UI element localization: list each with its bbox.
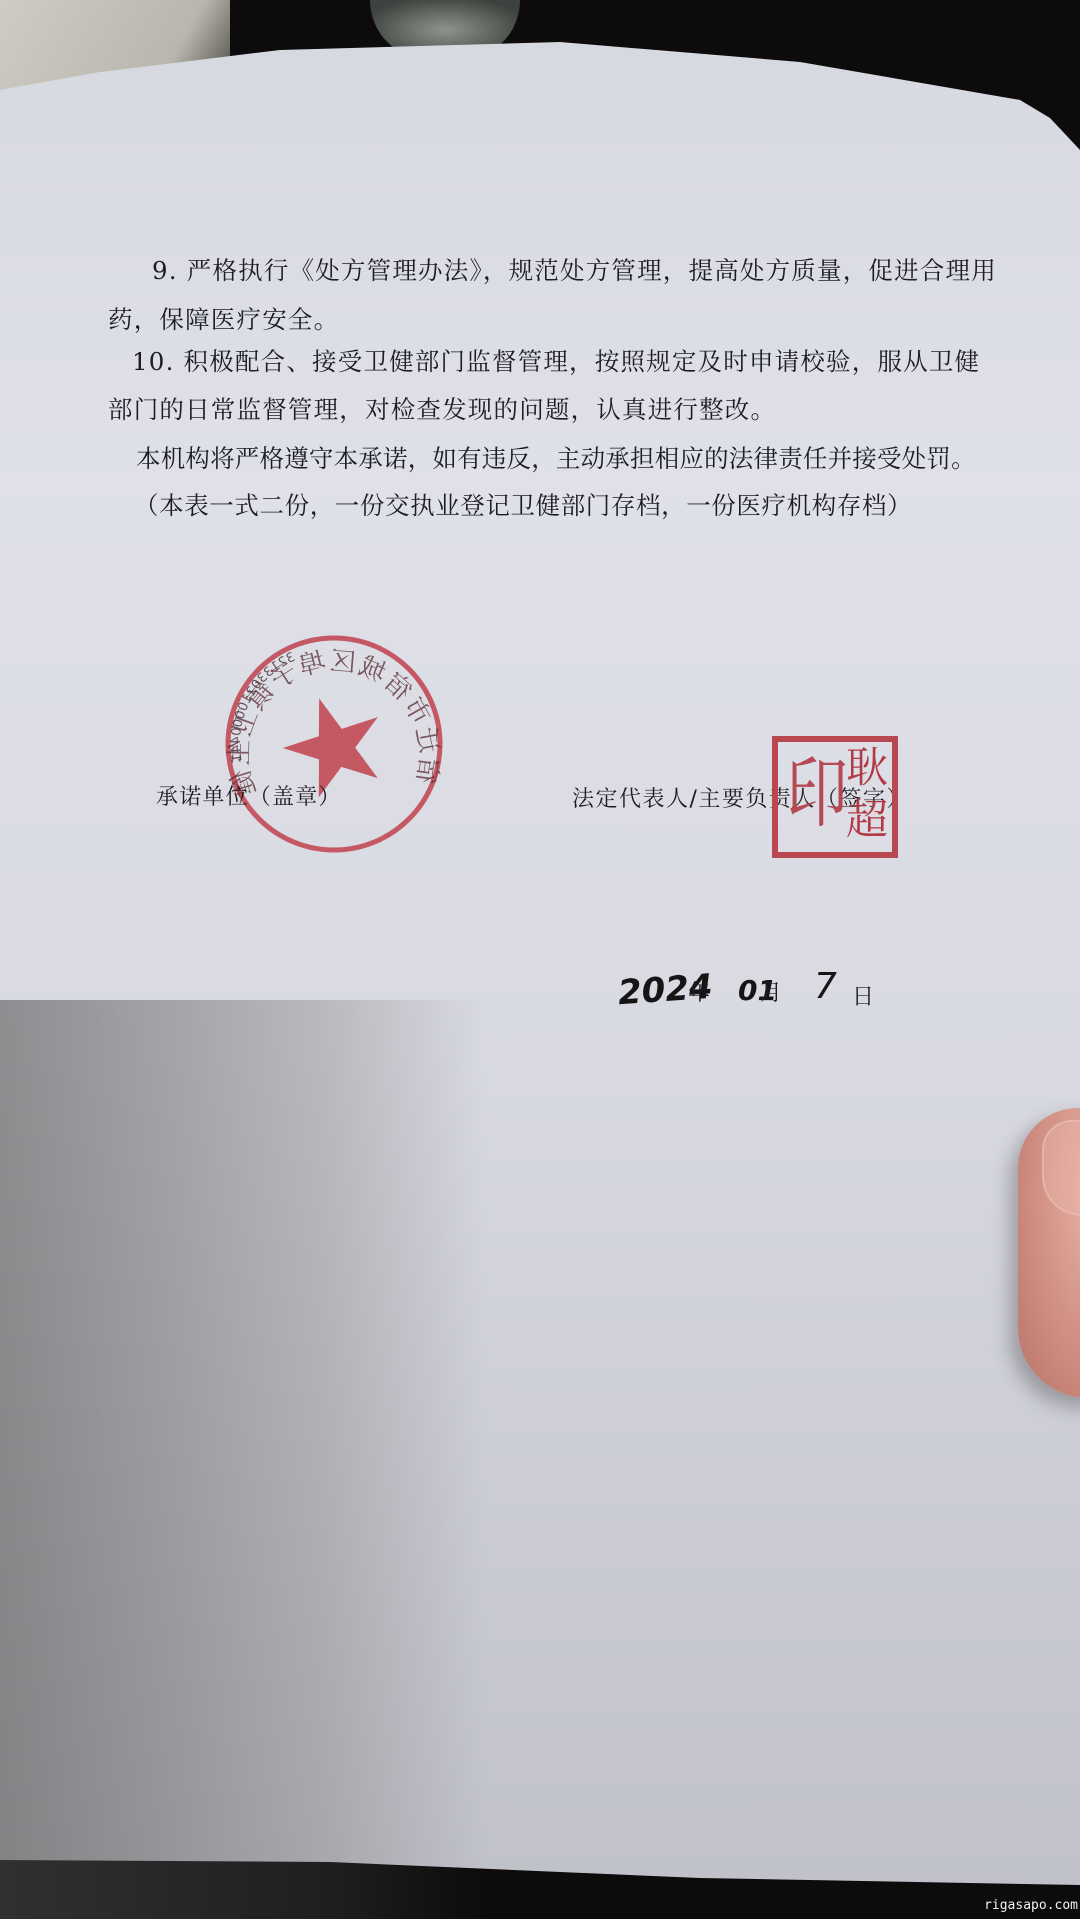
seal-char-geng: 耿 (846, 746, 888, 790)
pledge-statement: 本机构将严格遵守本承诺，如有违反，主动承担相应的法律责任并接受处罚。 (136, 440, 976, 475)
seal-char-chao: 超 (846, 798, 888, 842)
date-year-suffix: 年 (688, 976, 710, 1007)
item-9-line-2: 药，保障医疗安全。 (108, 301, 339, 336)
unit-seal-label: 承诺单位（盖章） (156, 780, 342, 811)
item-10-line-2: 部门的日常监督管理，对检查发现的问题，认真进行整改。 (108, 391, 776, 426)
date-day-handwritten: 7 (814, 966, 837, 1007)
svg-text:宿迁市宿城区埠子镇卫生健康服务中心: 宿迁市宿城区埠子镇卫生健康服务中心 (225, 632, 446, 802)
personal-seal: 印 耿 超 (772, 736, 898, 858)
date-day-suffix: 日 (852, 980, 874, 1011)
date-month-suffix: 月 (760, 976, 782, 1007)
copies-note: （本表一式二份，一份交执业登记卫健部门存档，一份医疗机构存档） (134, 487, 912, 522)
document-page (0, 0, 1080, 1919)
official-seal: 宿迁市宿城区埠子镇卫生健康服务中心 3213302100004416 (222, 632, 446, 856)
watermark: rigasapo.com (984, 1898, 1078, 1913)
item-10-line-1: 10. 积极配合、接受卫健部门监督管理，按照规定及时申请校验，服从卫健 (132, 343, 980, 378)
item-9-line-1: 9. 严格执行《处方管理办法》，规范处方管理，提高处方质量，促进合理用 (152, 252, 997, 287)
seal-char-yin: 印 (786, 754, 848, 832)
